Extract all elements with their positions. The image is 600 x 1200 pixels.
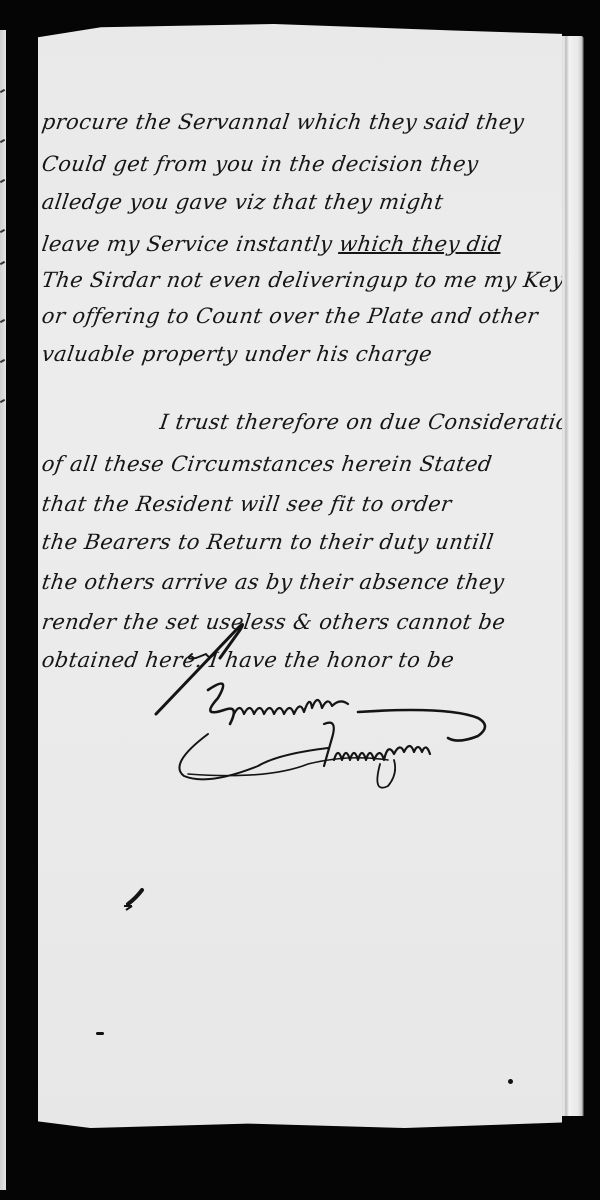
signature-block: Sir Your most obedient Humble Servant	[148, 614, 508, 804]
ink-stroke	[0, 229, 5, 233]
body-line: alledge you gave viz that they might	[40, 190, 445, 214]
paragraph-2-line: of all these Circumstances herein Stated	[40, 452, 493, 476]
body-line-start: leave my Service instantly	[40, 232, 341, 256]
ink-spot	[508, 1079, 513, 1084]
letter-page: procure the Servannal which they said th…	[38, 24, 562, 1128]
adjacent-page-edge	[0, 30, 6, 1190]
paragraph-2-line: the others arrive as by their absence th…	[40, 570, 506, 594]
ink-stroke	[0, 359, 5, 363]
body-line: The Sirdar not even deliveringup to me m…	[40, 268, 577, 292]
ink-stroke	[0, 319, 5, 323]
paragraph-2-line: that the Resident will see fit to order	[40, 492, 453, 516]
ink-stroke	[0, 179, 5, 183]
underlined-phrase: which they did	[338, 232, 504, 256]
paragraph-2-line: the Bearers to Return to their duty unti…	[40, 530, 495, 554]
ink-stroke	[0, 399, 5, 403]
body-line: Could get from you in the decision they	[40, 152, 480, 176]
paragraph-2-line: I trust therefore on due Consideration	[158, 410, 584, 434]
body-line: valuable property under his charge	[40, 342, 433, 366]
signature-flourish	[148, 614, 508, 804]
ink-blot-mark	[118, 884, 148, 914]
body-line: procure the Servannal which they said th…	[40, 110, 525, 134]
ink-stroke	[0, 261, 5, 265]
ink-spot	[96, 1032, 104, 1035]
body-line: or offering to Count over the Plate and …	[40, 304, 539, 328]
ink-stroke	[0, 89, 5, 93]
body-line: leave my Service instantly which they di…	[40, 232, 503, 256]
ink-stroke	[0, 139, 5, 143]
